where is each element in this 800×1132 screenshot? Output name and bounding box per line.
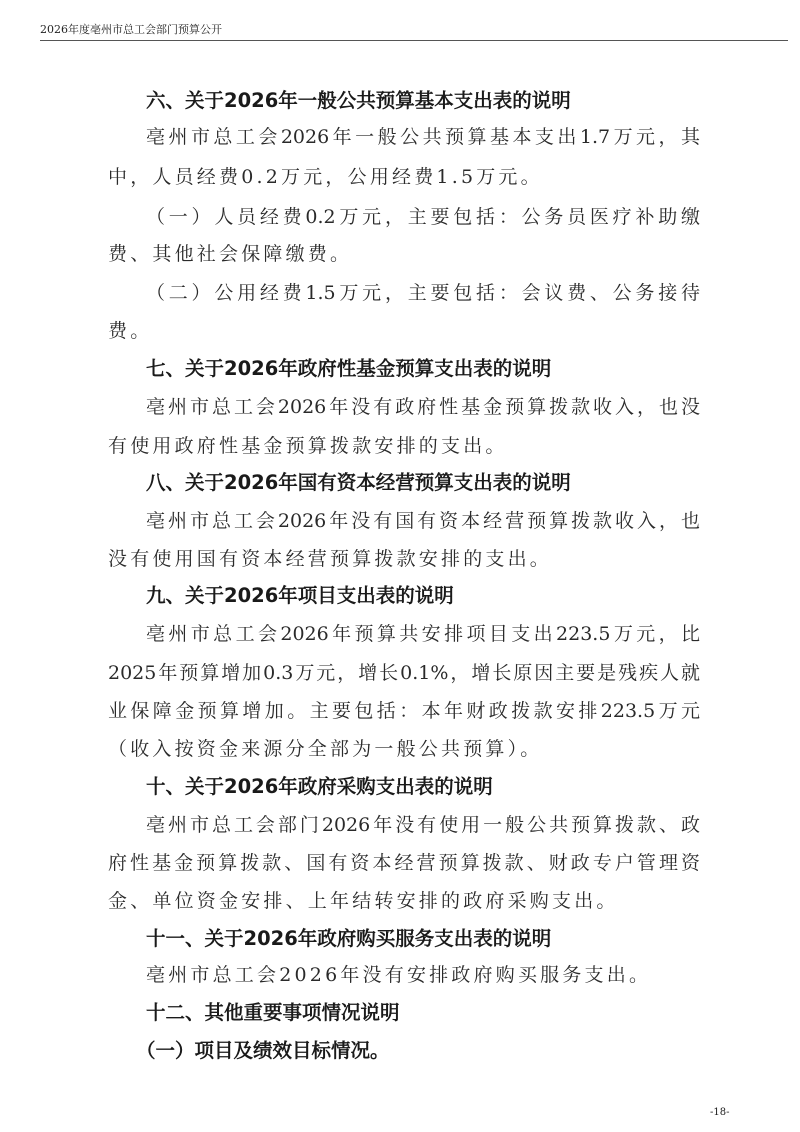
paragraph-line: 中，人员经费0.2万元，公用经费1.5万元。: [108, 160, 543, 194]
paragraph-line: 亳州市总工会2026年一般公共预算基本支出1.7万元，其: [146, 120, 700, 154]
section-heading-11: 十一、关于2026年政府购买服务支出表的说明: [146, 922, 551, 956]
paragraph-line: 府性基金预算拨款、国有资本经营预算拨款、财政专户管理资: [108, 846, 700, 880]
paragraph-line: 有使用政府性基金预算拨款安排的支出。: [108, 429, 508, 463]
section-heading-6: 六、关于2026年一般公共预算基本支出表的说明: [146, 84, 571, 118]
section-heading-10: 十、关于2026年政府采购支出表的说明: [146, 770, 493, 804]
subsection-heading: （一）项目及绩效目标情况。: [136, 1034, 390, 1068]
paragraph-line: 费。: [108, 314, 152, 348]
section-heading-9: 九、关于2026年项目支出表的说明: [146, 579, 454, 613]
paragraph-line: 亳州市总工会部门2026年没有使用一般公共预算拨款、政: [146, 808, 700, 842]
paragraph-line: 业保障金预算增加。主要包括：本年财政拨款安排223.5万元: [108, 694, 700, 728]
paragraph-line: 费、其他社会保障缴费。: [108, 237, 352, 271]
page-header: 2026年度亳州市总工会部门预算公开: [40, 20, 788, 41]
paragraph-line: （二）公用经费1.5万元，主要包括：会议费、公务接待: [146, 276, 700, 310]
paragraph-line: 亳州市总工会2026年没有国有资本经营预算拨款收入，也: [146, 504, 700, 538]
paragraph-line: 2025年预算增加0.3万元，增长0.1%，增长原因主要是残疾人就: [108, 656, 700, 690]
paragraph-line: 亳州市总工会2026年没有政府性基金预算拨款收入，也没: [146, 390, 700, 424]
section-heading-12: 十二、其他重要事项情况说明: [146, 996, 400, 1030]
section-heading-7: 七、关于2026年政府性基金预算支出表的说明: [146, 352, 551, 386]
paragraph-line: （一）人员经费0.2万元，主要包括：公务员医疗补助缴: [146, 200, 700, 234]
paragraph-line: 亳州市总工会2026年没有安排政府购买服务支出。: [146, 958, 651, 992]
paragraph-line: （收入按资金来源分全部为一般公共预算）。: [108, 732, 543, 766]
page-number: -18-: [710, 1107, 729, 1118]
paragraph-line: 亳州市总工会2026年预算共安排项目支出223.5万元，比: [146, 617, 700, 651]
paragraph-line: 没有使用国有资本经营预算拨款安排的支出。: [108, 542, 552, 576]
paragraph-line: 金、单位资金安排、上年结转安排的政府采购支出。: [108, 884, 619, 918]
section-heading-8: 八、关于2026年国有资本经营预算支出表的说明: [146, 466, 571, 500]
